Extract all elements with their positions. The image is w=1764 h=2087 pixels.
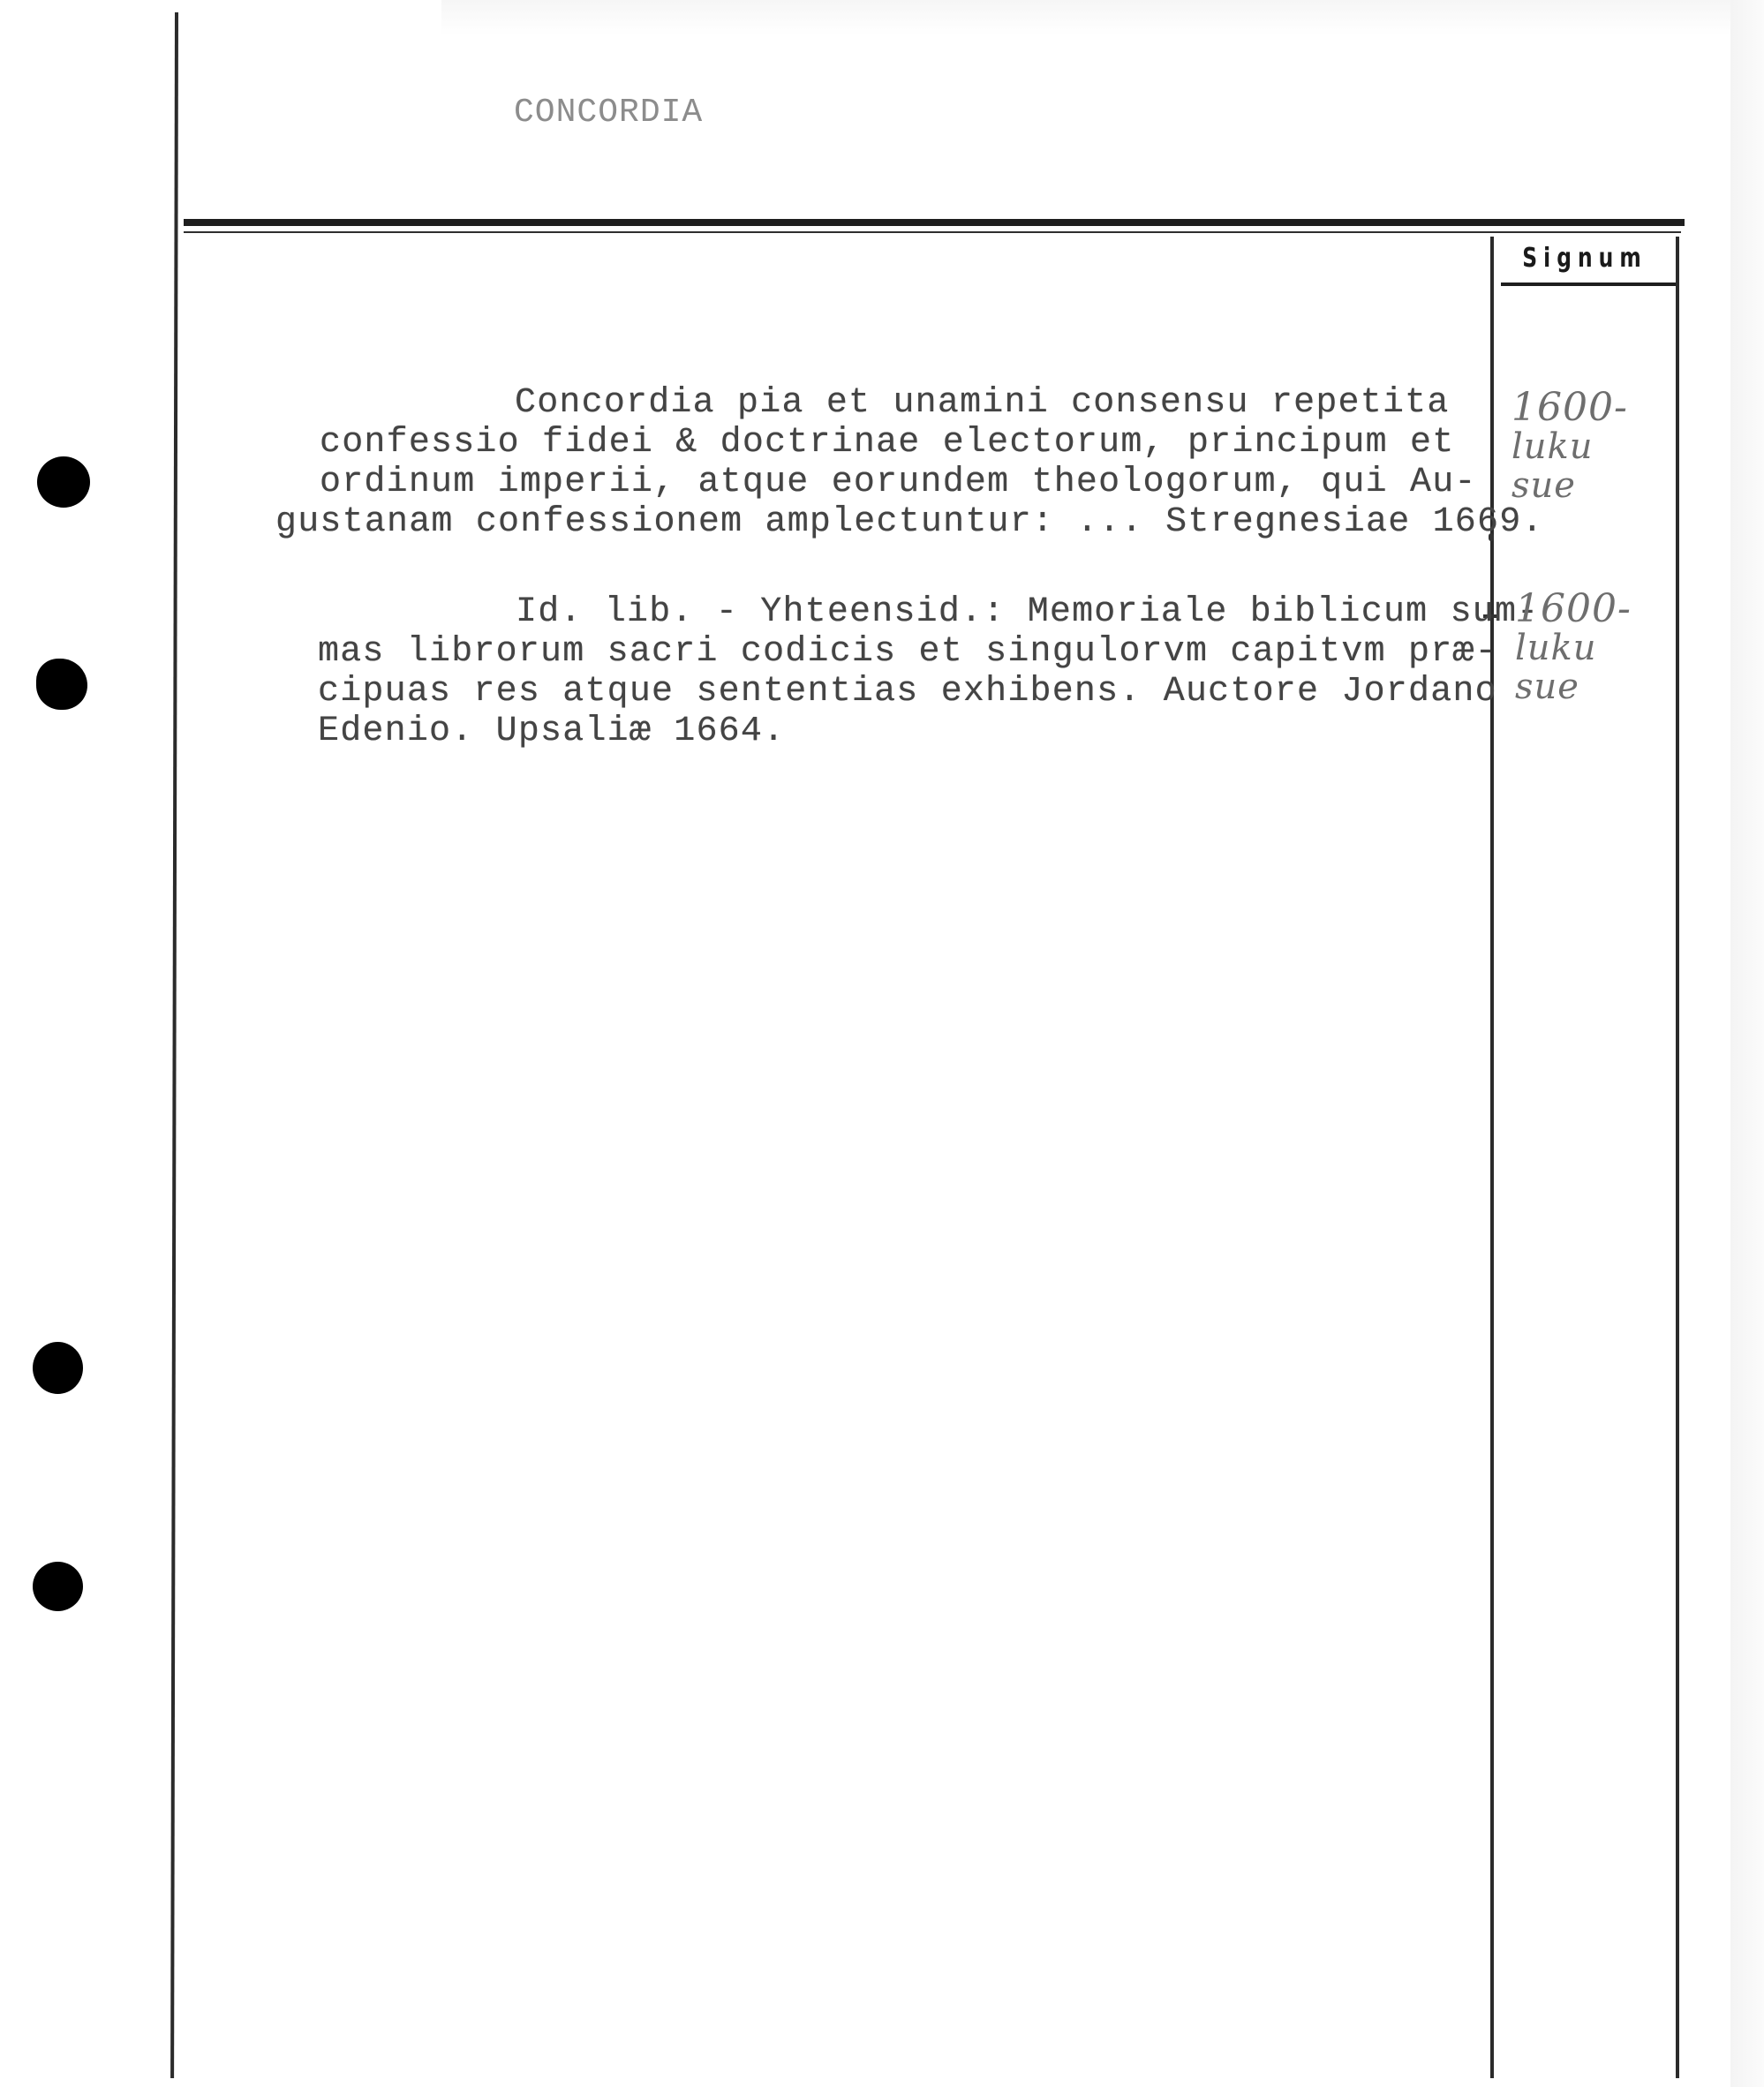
signum-column-right-rule — [1676, 237, 1679, 2078]
header-thin-rule — [184, 231, 1681, 233]
entry-line: confessio fidei & doctrinae electorum, p… — [320, 423, 1454, 463]
left-margin-rule — [170, 12, 178, 2078]
signum-header-underline — [1501, 283, 1676, 286]
signum-column-label: Signum — [1514, 237, 1656, 281]
page-edge — [1730, 0, 1764, 2087]
entry-line: gustanam confessionem amplectuntur: ... … — [275, 502, 1544, 542]
signum-note-line: sue — [1511, 466, 1628, 505]
punch-hole-icon — [37, 456, 90, 508]
signum-note-line: luku — [1511, 427, 1628, 466]
signum-note-line: 1600- — [1511, 388, 1628, 427]
card-heading: CONCORDIA — [514, 94, 703, 132]
entry-line: Edenio. Upsaliæ 1664. — [318, 712, 785, 751]
catalog-card: CONCORDIA Signum Concordia pia et unamin… — [0, 0, 1764, 2087]
typewriter-period-mark — [1489, 533, 1494, 541]
signum-note-line: sue — [1515, 667, 1632, 706]
entry-line: Id. lib. - Yhteensid.: Memoriale biblicu… — [516, 592, 1539, 632]
punch-hole-icon — [36, 659, 87, 710]
handwritten-signum-note: 1600- luku sue — [1511, 388, 1628, 505]
signum-note-line: luku — [1515, 629, 1632, 667]
header-thick-rule — [184, 219, 1685, 226]
scan-noise — [441, 0, 1730, 35]
entry-line: Concordia pia et unamini consensu repeti… — [515, 383, 1450, 423]
punch-hole-icon — [33, 1562, 83, 1611]
entry-line: mas librorum sacri codicis et singulorvm… — [318, 632, 1497, 672]
punch-hole-icon — [33, 1342, 83, 1394]
signum-note-line: 1600- — [1515, 590, 1632, 629]
handwritten-signum-note: 1600- luku sue — [1515, 590, 1632, 706]
entry-line: cipuas res atque sententias exhibens. Au… — [318, 672, 1497, 712]
entry-line: ordinum imperii, atque eorundem theologo… — [320, 463, 1477, 502]
